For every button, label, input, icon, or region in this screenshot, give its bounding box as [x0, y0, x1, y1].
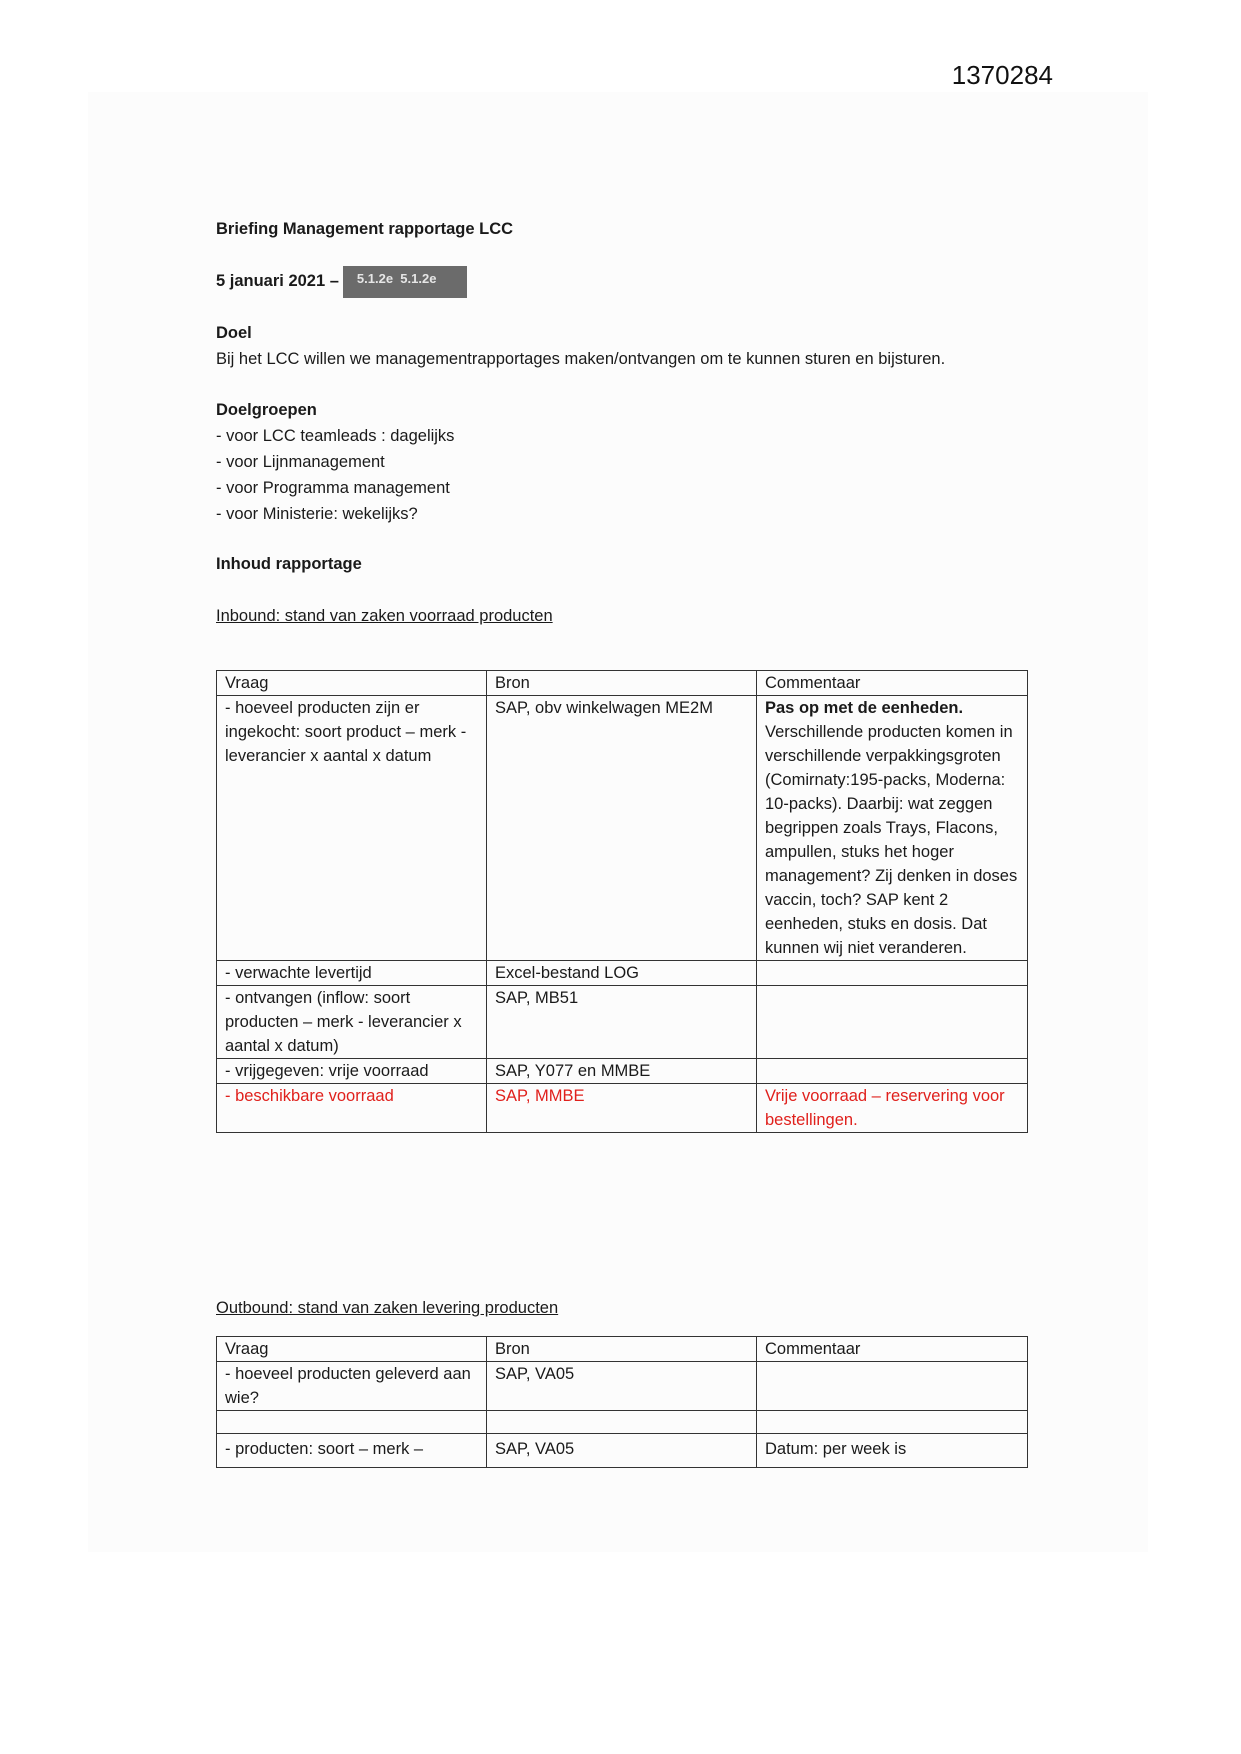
table-header-row: Vraag Bron Commentaar: [217, 671, 1028, 696]
table-row: - hoeveel producten geleverd aan wie? SA…: [217, 1362, 1028, 1411]
section-heading-inhoud: Inhoud rapportage: [216, 551, 362, 577]
doel-text: Bij het LCC willen we managementrapporta…: [216, 346, 945, 372]
column-header: Bron: [487, 671, 757, 696]
cell-commentaar: Pas op met de eenheden. Verschillende pr…: [757, 696, 1028, 961]
cell-vraag: [217, 1411, 487, 1434]
date-line: 5 januari 2021 – 5.1.2e 5.1.2e: [216, 265, 467, 297]
cell-vraag: - hoeveel producten geleverd aan wie?: [217, 1362, 487, 1411]
cell-commentaar: [757, 961, 1028, 986]
document-date: 5 januari 2021 –: [216, 268, 339, 294]
document-id: 1370284: [952, 60, 1053, 91]
cell-vraag: - hoeveel producten zijn er ingekocht: s…: [217, 696, 487, 961]
cell-commentaar: [757, 1411, 1028, 1434]
cell-bron: SAP, obv winkelwagen ME2M: [487, 696, 757, 961]
outbound-table: Vraag Bron Commentaar - hoeveel producte…: [216, 1336, 1028, 1468]
section-heading-doelgroepen: Doelgroepen: [216, 397, 317, 423]
cell-commentaar: [757, 1059, 1028, 1084]
inbound-heading: Inbound: stand van zaken voorraad produc…: [216, 603, 553, 629]
column-header: Commentaar: [757, 671, 1028, 696]
commentaar-text: Verschillende producten komen in verschi…: [765, 723, 1017, 957]
column-header: Vraag: [217, 1337, 487, 1362]
cell-bron: SAP, VA05: [487, 1362, 757, 1411]
list-item: - voor Lijnmanagement: [216, 449, 454, 475]
cell-bron: SAP, VA05: [487, 1434, 757, 1468]
cell-commentaar: Vrije voorraad – reservering voor bestel…: [757, 1084, 1028, 1133]
column-header: Bron: [487, 1337, 757, 1362]
cell-bron: Excel-bestand LOG: [487, 961, 757, 986]
list-item: - voor Programma management: [216, 475, 454, 501]
cell-vraag: - verwachte levertijd: [217, 961, 487, 986]
outbound-heading: Outbound: stand van zaken levering produ…: [216, 1295, 558, 1321]
cell-bron: SAP, MMBE: [487, 1084, 757, 1133]
cell-bron: [487, 1411, 757, 1434]
cell-vraag: - ontvangen (inflow: soort producten – m…: [217, 986, 487, 1059]
table-row-highlighted: - beschikbare voorraad SAP, MMBE Vrije v…: [217, 1084, 1028, 1133]
table-row: - producten: soort – merk – SAP, VA05 Da…: [217, 1434, 1028, 1468]
table-header-row: Vraag Bron Commentaar: [217, 1337, 1028, 1362]
table-row: - ontvangen (inflow: soort producten – m…: [217, 986, 1028, 1059]
section-heading-doel: Doel: [216, 320, 252, 346]
table-row: - vrijgegeven: vrije voorraad SAP, Y077 …: [217, 1059, 1028, 1084]
cell-commentaar: Datum: per week is: [757, 1434, 1028, 1468]
doelgroepen-list: - voor LCC teamleads : dagelijks - voor …: [216, 423, 454, 527]
column-header: Commentaar: [757, 1337, 1028, 1362]
document-title: Briefing Management rapportage LCC: [216, 216, 513, 242]
inbound-table: Vraag Bron Commentaar - hoeveel producte…: [216, 670, 1028, 1133]
cell-vraag: - vrijgegeven: vrije voorraad: [217, 1059, 487, 1084]
cell-commentaar: [757, 986, 1028, 1059]
cell-vraag: - beschikbare voorraad: [217, 1084, 487, 1133]
redacted-names: 5.1.2e 5.1.2e: [343, 266, 467, 298]
cell-bron: SAP, Y077 en MMBE: [487, 1059, 757, 1084]
column-header: Vraag: [217, 671, 487, 696]
table-row: - verwachte levertijd Excel-bestand LOG: [217, 961, 1028, 986]
list-item: - voor LCC teamleads : dagelijks: [216, 423, 454, 449]
cell-vraag: - producten: soort – merk –: [217, 1434, 487, 1468]
cell-commentaar: [757, 1362, 1028, 1411]
table-row: - hoeveel producten zijn er ingekocht: s…: [217, 696, 1028, 961]
list-item: - voor Ministerie: wekelijks?: [216, 501, 454, 527]
cell-bron: SAP, MB51: [487, 986, 757, 1059]
table-row-empty: [217, 1411, 1028, 1434]
commentaar-warning: Pas op met de eenheden.: [765, 699, 963, 717]
